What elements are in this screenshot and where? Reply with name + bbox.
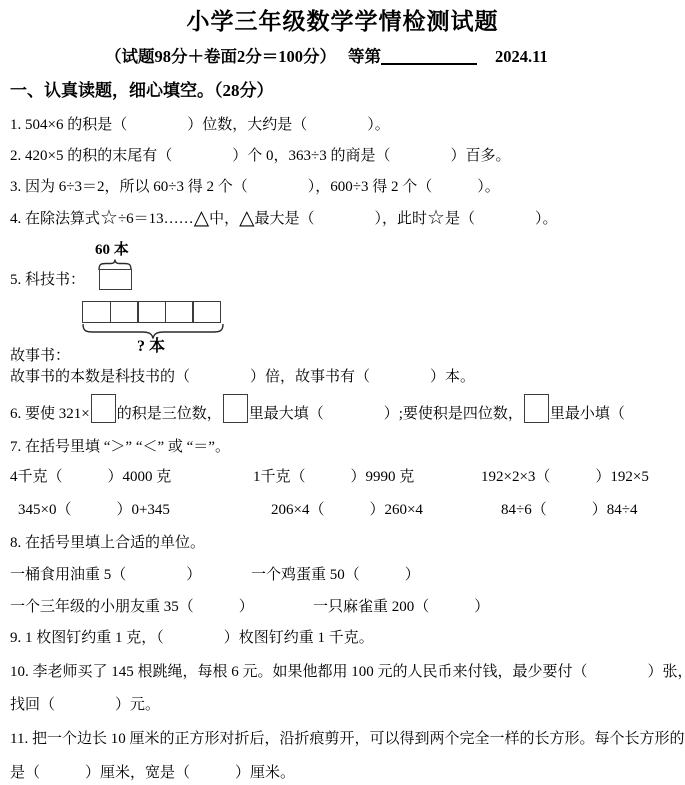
question-1: 1. 504×6 的积是（ ）位数，大约是（ ）。 bbox=[10, 115, 675, 135]
comparison-item: 192×2×3（ ）192×5 bbox=[481, 467, 675, 487]
header-line: （试题98分＋卷面2分＝100分） 等第 2024.11 bbox=[10, 46, 675, 68]
question-11-line-2: 是（ ）厘米，宽是（ ）厘米。 bbox=[10, 763, 675, 783]
question-4-text: 是（ ）。 bbox=[445, 211, 558, 227]
comparison-item: 4千克（ ）4000 克 bbox=[10, 467, 253, 487]
triangle-icon: △ bbox=[194, 207, 209, 229]
document-page[interactable]: 小学三年级数学学情检测试题 （试题98分＋卷面2分＝100分） 等第 2024.… bbox=[0, 0, 685, 785]
science-books-box bbox=[99, 269, 132, 290]
comparison-row-1: 4千克（ ）4000 克 1千克（ ）9990 克 192×2×3（ ）192×… bbox=[10, 467, 675, 487]
comparison-item: 84÷6（ ）84÷4 bbox=[481, 500, 675, 520]
grade-label: 等第 bbox=[348, 46, 381, 68]
question-4-text: ÷6＝13…… bbox=[118, 211, 194, 227]
story-bar-cell bbox=[110, 301, 139, 323]
story-bar-cell bbox=[165, 301, 194, 323]
story-books-count-label: ? 本 bbox=[137, 337, 165, 357]
question-4-text: 4. 在除法算式 bbox=[10, 211, 100, 227]
blank-box bbox=[91, 394, 116, 423]
story-bar-cell bbox=[192, 301, 221, 323]
story-bar-cell bbox=[82, 301, 111, 323]
question-8-row-2: 一个三年级的小朋友重 35（ ） 一只麻雀重 200（ ） bbox=[10, 597, 675, 617]
question-8-heading: 8. 在括号里填上合适的单位。 bbox=[10, 533, 675, 553]
question-4-text: 最大是（ ），此时 bbox=[254, 211, 427, 227]
unit-item: 一个三年级的小朋友重 35（ ） bbox=[10, 597, 313, 617]
grade-blank-underline bbox=[381, 49, 477, 65]
story-bar-cell bbox=[137, 301, 166, 323]
blank-box bbox=[524, 394, 549, 423]
question-10-line-2: 找回（ ）元。 bbox=[10, 695, 675, 715]
question-6-text: 里最大填（ ）;要使积是四位数， bbox=[249, 406, 523, 422]
comparison-item: 1千克（ ）9990 克 bbox=[253, 467, 481, 487]
question-7: 7. 在括号里填 “＞” “＜” 或 “＝”。 bbox=[10, 437, 675, 457]
question-6-text: 里最小填（ ）。 bbox=[550, 406, 685, 422]
question-2: 2. 420×5 的积的末尾有（ ）个 0，363÷3 的商是（ ）百多。 bbox=[10, 146, 675, 166]
question-4: 4. 在除法算式☆÷6＝13……△中，△最大是（ ），此时☆是（ ）。 bbox=[10, 205, 675, 232]
question-11-line-1: 11. 把一个边长 10 厘米的正方形对折后，沿折痕剪开，可以得到两个完全一样的… bbox=[10, 729, 675, 749]
question-5-diagram: 60 本 5. 科技书： ? 本 故事书： 故事书的本数是科技书的（ ）倍，故事… bbox=[10, 240, 675, 390]
unit-item: 一个鸡蛋重 50（ ） bbox=[251, 565, 420, 585]
exam-date: 2024.11 bbox=[495, 46, 548, 68]
star-icon: ☆ bbox=[100, 207, 118, 229]
star-icon: ☆ bbox=[427, 207, 445, 229]
question-6-text: 的积是三位数， bbox=[117, 406, 222, 422]
question-10-line-1: 10. 李老师买了 145 根跳绳，每根 6 元。如果他都用 100 元的人民币… bbox=[10, 661, 675, 682]
score-note: （试题98分＋卷面2分＝100分） bbox=[105, 46, 336, 68]
science-books-label: 5. 科技书： bbox=[10, 270, 85, 290]
question-6: 6. 要使 321×的积是三位数，里最大填（ ）;要使积是四位数，里最小填（ ）… bbox=[10, 394, 675, 429]
question-4-text: 中， bbox=[209, 211, 239, 227]
story-books-bar bbox=[82, 301, 221, 323]
comparison-item: 345×0（ ）0+345 bbox=[10, 500, 253, 520]
comparison-item: 206×4（ ）260×4 bbox=[253, 500, 481, 520]
comparison-row-2: 345×0（ ）0+345 206×4（ ）260×4 84÷6（ ）84÷4 bbox=[10, 500, 675, 520]
unit-item: 一只麻雀重 200（ ） bbox=[313, 597, 489, 617]
story-books-label: 故事书： bbox=[10, 346, 70, 366]
question-6-text: 6. 要使 321× bbox=[10, 406, 90, 422]
question-3: 3. 因为 6÷3＝2，所以 60÷3 得 2 个（ ），600÷3 得 2 个… bbox=[10, 177, 675, 197]
page-title: 小学三年级数学学情检测试题 bbox=[10, 7, 675, 37]
section-1-heading: 一、认真读题，细心填空。（28分） bbox=[10, 80, 675, 102]
question-5-text: 故事书的本数是科技书的（ ）倍，故事书有（ ）本。 bbox=[10, 367, 475, 387]
science-books-count-label: 60 本 bbox=[95, 240, 129, 260]
blank-box bbox=[223, 394, 248, 423]
question-9: 9. 1 枚图钉约重 1 克，（ ）枚图钉约重 1 千克。 bbox=[10, 628, 675, 648]
question-10-text: 10. 李老师买了 145 根跳绳，每根 6 元。如果他都用 100 元的人民币… bbox=[10, 664, 685, 680]
question-8-row-1: 一桶食用油重 5（ ） 一个鸡蛋重 50（ ） bbox=[10, 565, 675, 585]
triangle-icon: △ bbox=[239, 207, 254, 229]
unit-item: 一桶食用油重 5（ ） bbox=[10, 565, 251, 585]
